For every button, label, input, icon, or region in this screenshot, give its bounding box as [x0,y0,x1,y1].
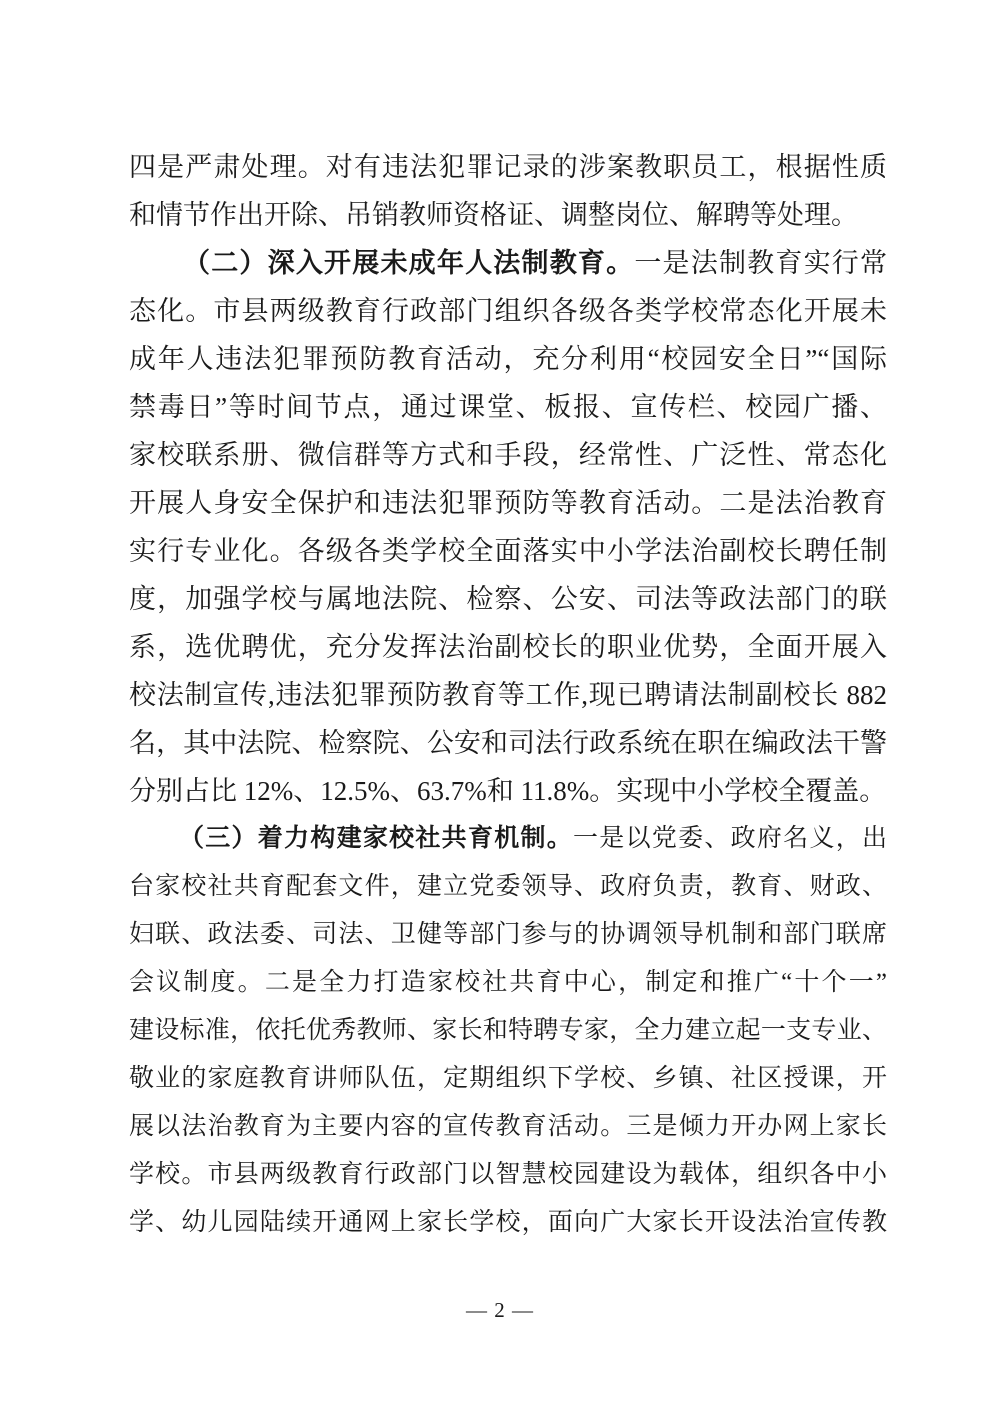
text-line: 名，其中法院、检察院、公安和司法行政系统在职在编政法干警 [129,719,887,767]
page-number: — 2 — [0,1298,1000,1323]
text-line: 开展人身安全保护和违法犯罪预防等教育活动。二是法治教育 [129,479,887,527]
line-text: 敬业的家庭教育讲师队伍，定期组织下学校、乡镇、社区授课，开 [129,1065,887,1092]
text-line: 实行专业化。各级各类学校全面落实中小学法治副校长聘任制 [129,527,887,575]
text-line: 台家校社共育配套文件，建立党委领导、政府负责，教育、财政、 [129,863,887,911]
text-line: 建设标准，依托优秀教师、家长和特聘专家，全力建立起一支专业、 [129,1007,887,1055]
line-text: 校法制宣传,违法犯罪预防教育等工作,现已聘请法制副校长 882 [129,680,887,710]
text-line: 家校联系册、微信群等方式和手段，经常性、广泛性、常态化 [129,431,887,479]
text-line: 妇联、政法委、司法、卫健等部门参与的协调领导机制和部门联席 [129,911,887,959]
text-line: 会议制度。二是全力打造家校社共育中心，制定和推广“十个一” [129,959,887,1007]
line-text: 建设标准，依托优秀教师、家长和特聘专家，全力建立起一支专业、 [129,1017,887,1044]
document-body: 四是严肃处理。对有违法犯罪记录的涉案教职员工，根据性质和情节作出开除、吊销教师资… [129,143,887,1247]
text-line: 校法制宣传,违法犯罪预防教育等工作,现已聘请法制副校长 882 [129,671,887,719]
line-text: 系，选优聘优，充分发挥法治副校长的职业优势，全面开展入 [129,632,887,662]
text-line: 分别占比 12%、12.5%、63.7%和 11.8%。实现中小学校全覆盖。 [129,767,887,815]
line-text: 一是法制教育实行常 [634,248,887,278]
text-line: 系，选优聘优，充分发挥法治副校长的职业优势，全面开展入 [129,623,887,671]
section-heading: （三）着力构建家校社共育机制。 [179,825,573,852]
paragraph: 四是严肃处理。对有违法犯罪记录的涉案教职员工，根据性质和情节作出开除、吊销教师资… [129,143,887,239]
text-line: 四是严肃处理。对有违法犯罪记录的涉案教职员工，根据性质 [129,143,887,191]
paragraph: （三）着力构建家校社共育机制。一是以党委、政府名义，出台家校社共育配套文件，建立… [129,815,887,1247]
text-line: 敬业的家庭教育讲师队伍，定期组织下学校、乡镇、社区授课，开 [129,1055,887,1103]
text-line: 成年人违法犯罪预防教育活动，充分利用“校园安全日”“国际 [129,335,887,383]
line-text: 开展人身安全保护和违法犯罪预防等教育活动。二是法治教育 [129,488,887,518]
line-text: 四是严肃处理。对有违法犯罪记录的涉案教职员工，根据性质 [129,152,887,182]
line-text: 台家校社共育配套文件，建立党委领导、政府负责，教育、财政、 [129,873,887,900]
text-line: 学校。市县两级教育行政部门以智慧校园建设为载体，组织各中小 [129,1151,887,1199]
line-text: 和情节作出开除、吊销教师资格证、调整岗位、解聘等处理。 [129,200,858,230]
line-text: 会议制度。二是全力打造家校社共育中心，制定和推广“十个一” [129,969,887,996]
line-text: 展以法治教育为主要内容的宣传教育活动。三是倾力开办网上家长 [129,1113,887,1140]
section-heading: （二）深入开展未成年人法制教育。 [183,248,634,278]
text-line: 展以法治教育为主要内容的宣传教育活动。三是倾力开办网上家长 [129,1103,887,1151]
line-text: 名，其中法院、检察院、公安和司法行政系统在职在编政法干警 [129,728,887,758]
text-line: 禁毒日”等时间节点，通过课堂、板报、宣传栏、校园广播、 [129,383,887,431]
text-line: 度，加强学校与属地法院、检察、公安、司法等政法部门的联 [129,575,887,623]
text-line: （二）深入开展未成年人法制教育。一是法制教育实行常 [129,239,887,287]
line-text: 家校联系册、微信群等方式和手段，经常性、广泛性、常态化 [129,440,887,470]
line-text: 妇联、政法委、司法、卫健等部门参与的协调领导机制和部门联席 [129,921,887,948]
line-text: 成年人违法犯罪预防教育活动，充分利用“校园安全日”“国际 [129,344,887,374]
line-text: 态化。市县两级教育行政部门组织各级各类学校常态化开展未 [129,296,887,326]
text-line: （三）着力构建家校社共育机制。一是以党委、政府名义，出 [129,815,887,863]
text-line: 学、幼儿园陆续开通网上家长学校，面向广大家长开设法治宣传教 [129,1199,887,1247]
line-text: 学校。市县两级教育行政部门以智慧校园建设为载体，组织各中小 [129,1161,887,1188]
line-text: 分别占比 12%、12.5%、63.7%和 11.8%。实现中小学校全覆盖。 [129,776,886,806]
line-text: 一是以党委、政府名义，出 [573,825,887,852]
paragraph: （二）深入开展未成年人法制教育。一是法制教育实行常态化。市县两级教育行政部门组织… [129,239,887,815]
text-line: 态化。市县两级教育行政部门组织各级各类学校常态化开展未 [129,287,887,335]
line-text: 禁毒日”等时间节点，通过课堂、板报、宣传栏、校园广播、 [129,392,887,422]
line-text: 实行专业化。各级各类学校全面落实中小学法治副校长聘任制 [129,536,887,566]
document-page: 四是严肃处理。对有违法犯罪记录的涉案教职员工，根据性质和情节作出开除、吊销教师资… [0,0,1000,1414]
text-line: 和情节作出开除、吊销教师资格证、调整岗位、解聘等处理。 [129,191,887,239]
line-text: 度，加强学校与属地法院、检察、公安、司法等政法部门的联 [129,584,887,614]
line-text: 学、幼儿园陆续开通网上家长学校，面向广大家长开设法治宣传教 [129,1209,887,1236]
